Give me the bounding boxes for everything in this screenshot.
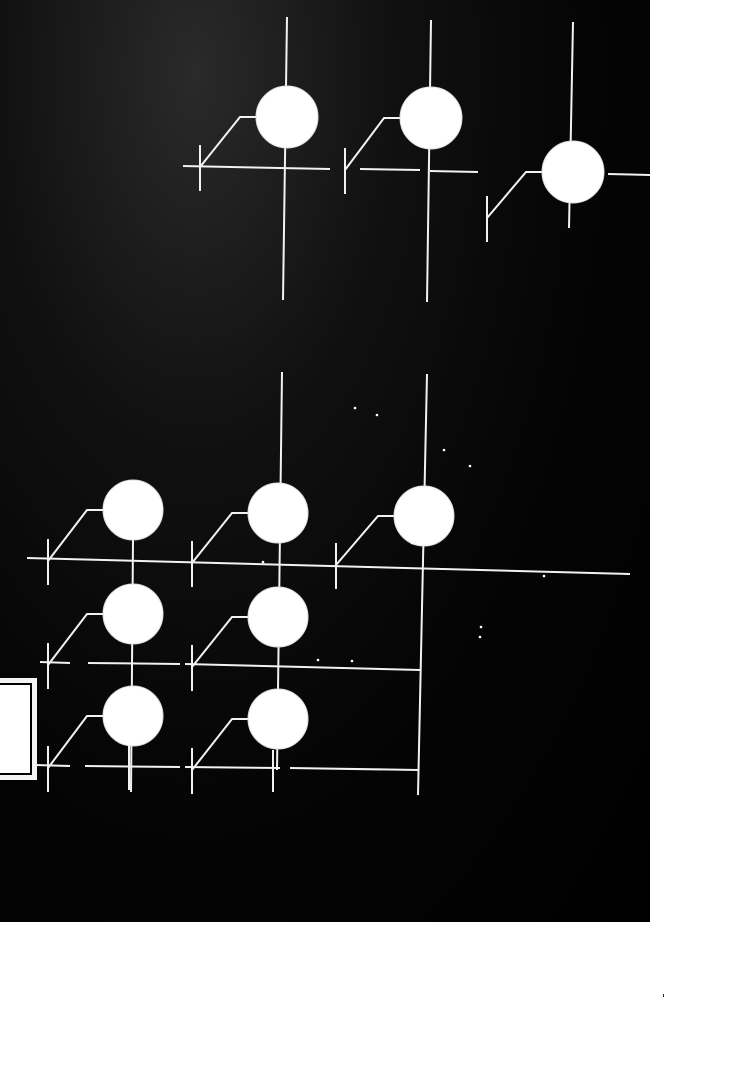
circuit-diagram <box>0 0 650 922</box>
print-speck <box>354 407 357 410</box>
bit-line <box>283 17 287 300</box>
print-speck <box>543 575 546 578</box>
gate-lead <box>192 719 248 770</box>
transistor-node-g21 <box>248 689 308 749</box>
print-speck <box>376 414 379 417</box>
gate-lead <box>192 513 248 563</box>
bit-line <box>427 20 431 302</box>
gate-lead <box>192 617 248 667</box>
bit-line <box>418 374 427 795</box>
wire-line <box>85 766 180 767</box>
gate-lead <box>345 118 400 170</box>
print-speck <box>351 660 354 663</box>
print-speck <box>469 465 472 468</box>
wire-line <box>35 765 70 766</box>
gate-lead <box>48 510 103 561</box>
print-speck <box>317 659 320 662</box>
wire-line <box>183 166 330 169</box>
transistor-node-g10 <box>103 584 163 644</box>
print-speck <box>411 542 414 545</box>
word-line <box>27 558 630 574</box>
print-speck <box>480 626 483 629</box>
wire-line <box>430 171 478 172</box>
gate-lead <box>48 614 103 665</box>
transistor-node-g00 <box>103 480 163 540</box>
cover-panel <box>0 0 650 922</box>
print-speck <box>479 636 482 639</box>
transistor-node-t2 <box>400 87 462 149</box>
transistor-node-g11 <box>248 587 308 647</box>
wire-line <box>40 662 70 663</box>
wire-line <box>185 664 420 670</box>
wire-line <box>360 169 420 170</box>
wire-line <box>290 768 418 770</box>
gate-lead <box>487 172 542 218</box>
transistor-node-g02 <box>394 486 454 546</box>
wire-line <box>88 663 180 664</box>
label-box <box>0 683 32 775</box>
transistor-node-t3 <box>542 141 604 203</box>
transistor-node-g01 <box>248 483 308 543</box>
paper-speck <box>663 994 664 997</box>
bit-line <box>131 540 133 792</box>
wire-line <box>608 174 650 175</box>
wire-line <box>185 767 280 768</box>
gate-lead <box>48 716 103 768</box>
gate-lead <box>200 117 256 167</box>
print-speck <box>443 449 446 452</box>
transistor-node-t1 <box>256 86 318 148</box>
print-speck <box>262 561 265 564</box>
transistor-node-g20 <box>103 686 163 746</box>
gate-lead <box>336 516 394 565</box>
